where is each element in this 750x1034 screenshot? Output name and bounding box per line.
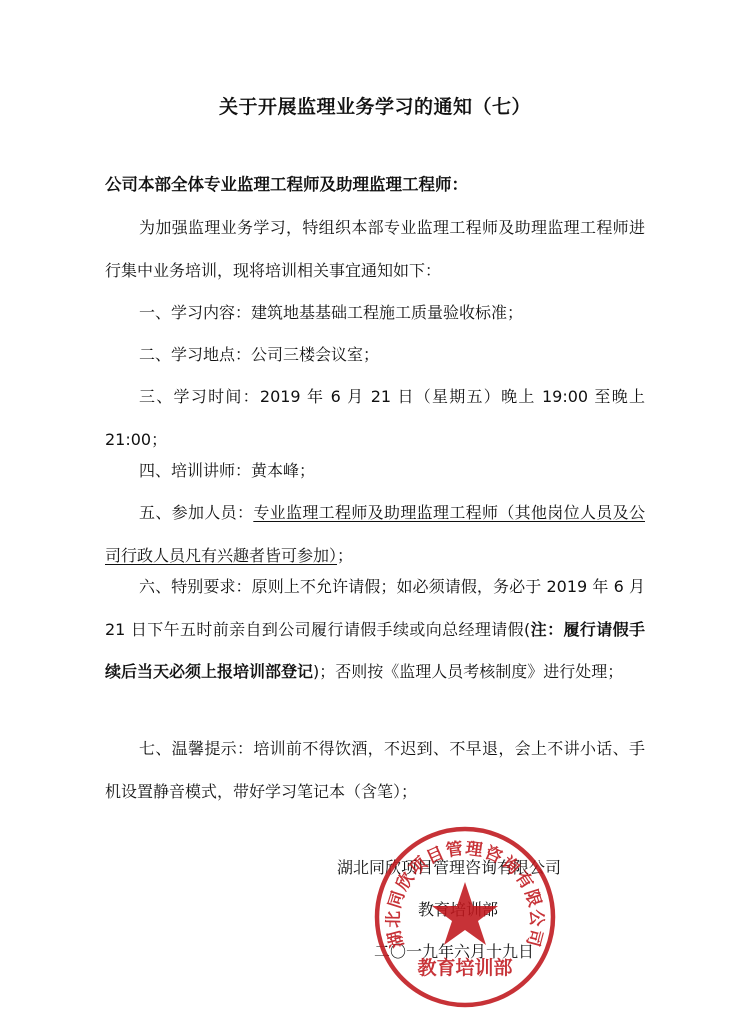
notice-page: 关于开展监理业务学习的通知（七） 公司本部全体专业监理工程师及助理监理工程师： … <box>0 0 750 1034</box>
signature-date: 二〇一九年六月十九日 <box>374 939 534 962</box>
item-text: 建筑地基基础工程施工质量验收标准； <box>251 303 523 322</box>
item-label: 一、学习内容： <box>139 303 251 322</box>
item-text-tail: )；否则按《监理人员考核制度》进行处理； <box>313 662 623 681</box>
item-trainer: 四、培训讲师：黄本峰； <box>105 450 645 493</box>
item-label: 五、参加人员： <box>139 503 253 522</box>
item-label: 六、特别要求： <box>139 577 252 596</box>
intro-paragraph: 为加强监理业务学习，特组织本部专业监理工程师及助理监理工程师进行集中业务培训，现… <box>105 207 645 292</box>
item-study-location: 二、学习地点：公司三楼会议室； <box>105 334 645 377</box>
item-study-time: 三、学习时间：2019 年 6 月 21 日（星期五）晚上 19:00 至晚上 … <box>105 376 645 461</box>
item-text: 公司三楼会议室； <box>251 345 379 364</box>
signature-department: 教育培训部 <box>418 897 498 920</box>
item-participants: 五、参加人员：专业监理工程师及助理监理工程师（其他岗位人员及公司行政人员凡有兴趣… <box>105 492 645 577</box>
item-study-content: 一、学习内容：建筑地基基础工程施工质量验收标准； <box>105 292 645 335</box>
item-reminder: 七、温馨提示：培训前不得饮酒，不迟到、不早退，会上不讲小话、手机设置静音模式，带… <box>105 728 645 813</box>
item-label: 四、培训讲师： <box>139 461 251 480</box>
item-label: 三、学习时间： <box>139 387 260 406</box>
item-special-requirements: 六、特别要求：原则上不允许请假；如必须请假，务必于 2019 年 6 月 21 … <box>105 566 645 694</box>
document-title: 关于开展监理业务学习的通知（七） <box>0 92 750 119</box>
item-text: 黄本峰； <box>251 461 315 480</box>
salutation: 公司本部全体专业监理工程师及助理监理工程师： <box>105 171 468 195</box>
item-label: 二、学习地点： <box>139 345 251 364</box>
item-text-tail: ； <box>337 546 353 565</box>
item-label: 七、温馨提示： <box>139 739 253 758</box>
signature-company: 湖北同欣项目管理咨询有限公司 <box>337 855 561 878</box>
